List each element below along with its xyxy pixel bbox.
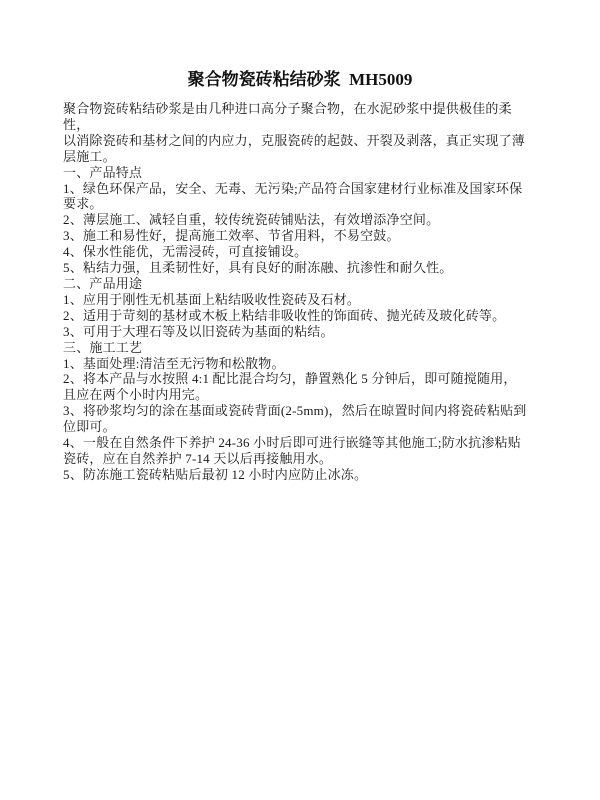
document-page: 聚合物瓷砖粘结砂浆 MH5009 聚合物瓷砖粘结砂浆是由几种进口高分子聚合物，在… (0, 0, 600, 800)
doc-line: 2、适用于苛刻的基材或木板上粘结非吸收性的饰面砖、抛光砖及玻化砖等。 (63, 308, 537, 324)
doc-line: 1、应用于刚性无机基面上粘结吸收性瓷砖及石材。 (63, 292, 537, 308)
doc-line: 1、绿色环保产品，安全、无毒、无污染;产品符合国家建材行业标准及国家环保 (63, 181, 537, 197)
doc-line: 3、施工和易性好，提高施工效率、节省用料，不易空鼓。 (63, 228, 537, 244)
doc-line: 5、防冻施工瓷砖粘贴后最初 12 小时内应防止冰冻。 (63, 467, 537, 483)
doc-line: 要求。 (63, 196, 537, 212)
doc-line: 瓷砖，应在自然养护 7-14 天以后再接触用水。 (63, 451, 537, 467)
doc-line: 位即可。 (63, 419, 537, 435)
doc-line: 4、一般在自然条件下养护 24-36 小时后即可进行嵌缝等其他施工;防水抗渗粘贴 (63, 435, 537, 451)
doc-line: 3、可用于大理石等及以旧瓷砖为基面的粘结。 (63, 324, 537, 340)
doc-line-section-heading: 三、施工工艺 (63, 340, 537, 356)
doc-line-section-heading: 二、产品用途 (63, 276, 537, 292)
doc-line: 且应在两个小时内用完。 (63, 387, 537, 403)
doc-line-section-heading: 一、产品特点 (63, 165, 537, 181)
doc-line: 4、保水性能优，无需浸砖，可直接铺设。 (63, 244, 537, 260)
doc-line: 2、将本产品与水按照 4:1 配比混合均匀，静置熟化 5 分钟后，即可随搅随用， (63, 371, 537, 387)
doc-line: 聚合物瓷砖粘结砂浆是由几种进口高分子聚合物，在水泥砂浆中提供极佳的柔性， (63, 101, 537, 133)
doc-line: 3、将砂浆均匀的涂在基面或瓷砖背面(2-5mm)，然后在晾置时间内将瓷砖粘贴到 (63, 403, 537, 419)
document-body: 聚合物瓷砖粘结砂浆是由几种进口高分子聚合物，在水泥砂浆中提供极佳的柔性， 以消除… (63, 101, 537, 483)
document-title: 聚合物瓷砖粘结砂浆 MH5009 (0, 68, 600, 92)
doc-line: 层施工。 (63, 149, 537, 165)
doc-line: 2、薄层施工、减轻自重，较传统瓷砖铺贴法，有效增添净空间。 (63, 212, 537, 228)
doc-line: 1、基面处理:清洁至无污物和松散物。 (63, 356, 537, 372)
doc-line: 5、粘结力强，且柔韧性好，具有良好的耐冻融、抗渗性和耐久性。 (63, 260, 537, 276)
doc-line: 以消除瓷砖和基材之间的内应力，克服瓷砖的起鼓、开裂及剥落，真正实现了薄 (63, 133, 537, 149)
